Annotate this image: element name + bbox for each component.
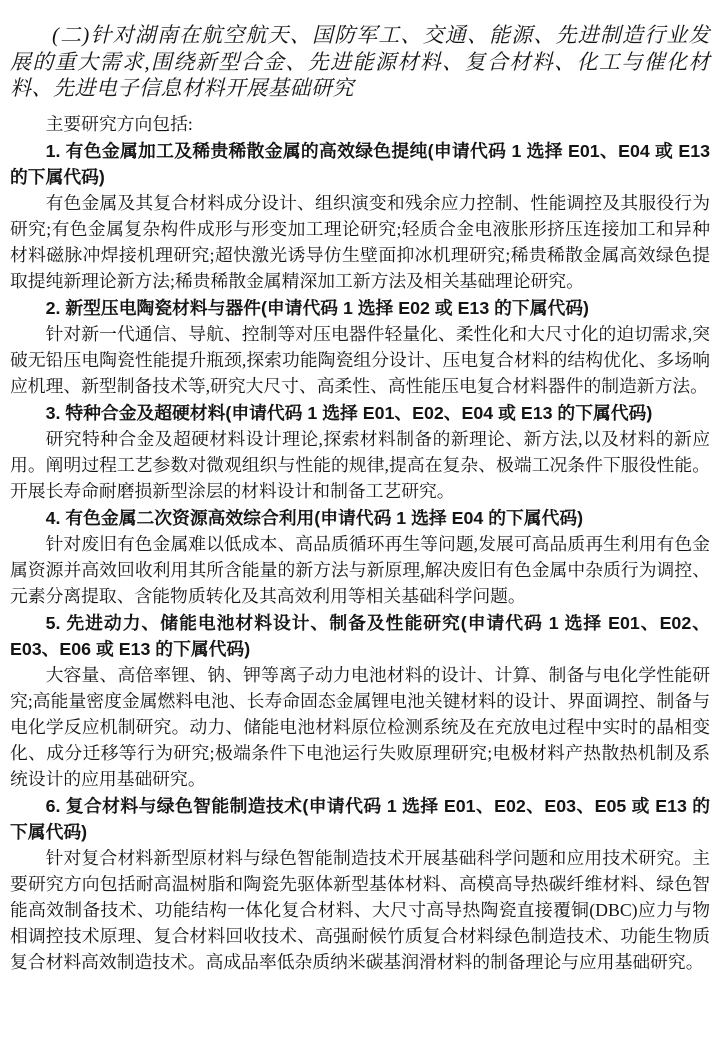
research-directions-lead: 主要研究方向包括: bbox=[10, 111, 710, 137]
section-6-heading: 6. 复合材料与绿色智能制造技术(申请代码 1 选择 E01、E02、E03、E… bbox=[10, 793, 710, 845]
section-5-body: 大容量、高倍率锂、钠、钾等离子动力电池材料的设计、计算、制备与电化学性能研究;高… bbox=[10, 662, 710, 792]
section-6-body: 针对复合材料新型原材料与绿色智能制造技术开展基础科学问题和应用技术研究。主要研究… bbox=[10, 845, 710, 975]
section-2-heading: 2. 新型压电陶瓷材料与器件(申请代码 1 选择 E02 或 E13 的下属代码… bbox=[10, 295, 710, 321]
section-4-heading: 4. 有色金属二次资源高效综合利用(申请代码 1 选择 E04 的下属代码) bbox=[10, 505, 710, 531]
section-2-body: 针对新一代通信、导航、控制等对压电器件轻量化、柔性化和大尺寸化的迫切需求,突破无… bbox=[10, 321, 710, 399]
document-page: (二)针对湖南在航空航天、国防军工、交通、能源、先进制造行业发展的重大需求,围绕… bbox=[0, 0, 720, 1046]
section-3-heading: 3. 特种合金及超硬材料(申请代码 1 选择 E01、E02、E04 或 E13… bbox=[10, 400, 710, 426]
section-4-body: 针对废旧有色金属难以低成本、高品质循环再生等问题,发展可高品质再生利用有色金属资… bbox=[10, 531, 710, 609]
section-3-body: 研究特种合金及超硬材料设计理论,探索材料制备的新理论、新方法,以及材料的新应用。… bbox=[10, 426, 710, 504]
section-5-heading: 5. 先进动力、储能电池材料设计、制备及性能研究(申请代码 1 选择 E01、E… bbox=[10, 610, 710, 662]
section-1-heading: 1. 有色金属加工及稀贵稀散金属的高效绿色提纯(申请代码 1 选择 E01、E0… bbox=[10, 138, 710, 190]
section-1-body: 有色金属及其复合材料成分设计、组织演变和残余应力控制、性能调控及其服役行为研究;… bbox=[10, 190, 710, 294]
intro-paragraph: (二)针对湖南在航空航天、国防军工、交通、能源、先进制造行业发展的重大需求,围绕… bbox=[10, 22, 710, 102]
